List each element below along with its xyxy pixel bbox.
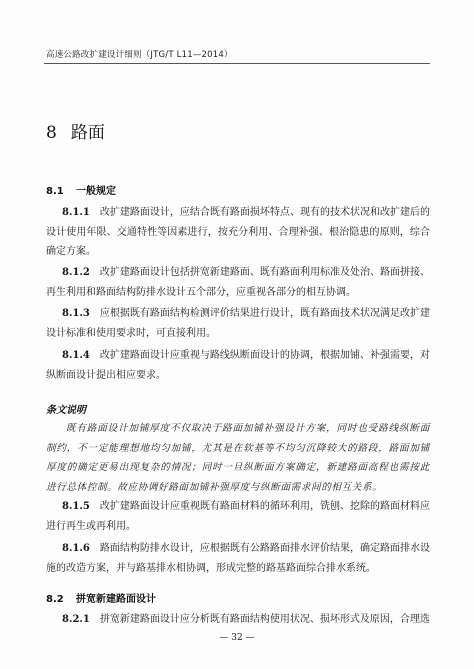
clause-8-1-4: 8.1.4改扩建路面设计应重视与路线纵断面设计的协调，根据加铺、补强需要，对纵断… (46, 346, 430, 385)
clause-text: 应根据既有路面结构检测评价结果进行设计，既有路面技术状况满足改扩建设计标准和使用… (46, 308, 430, 339)
chapter-number: 8 (46, 123, 57, 143)
explanation-heading: 条文说明 (46, 401, 86, 416)
clause-number: 8.1.2 (62, 267, 90, 278)
clause-number: 8.1.4 (62, 350, 90, 361)
chapter-name: 路面 (71, 123, 105, 143)
section-heading-8-1: 8.1一般规定 (46, 182, 116, 197)
header-rule (44, 63, 430, 64)
clause-8-2-1: 8.2.1拼宽新建路面设计应分析既有路面结构使用状况、损坏形式及原因，合理选 (46, 610, 430, 630)
clause-text: 改扩建路面设计应重视与路线纵断面设计的协调，根据加铺、补强需要，对纵断面设计提出… (46, 350, 430, 381)
chapter-title: 8路面 (46, 118, 105, 143)
clause-text: 拼宽新建路面设计应分析既有路面结构使用状况、损坏形式及原因，合理选 (100, 614, 430, 625)
clause-number: 8.1.3 (62, 308, 90, 319)
clause-8-1-2: 8.1.2改扩建路面设计包括拼宽新建路面、既有路面利用标准及处治、路面拼接、再生… (46, 263, 430, 302)
section-title: 一般规定 (76, 186, 116, 197)
clause-text: 改扩建路面设计包括拼宽新建路面、既有路面利用标准及处治、路面拼接、再生利用和路面… (46, 267, 430, 298)
document-page: 高速公路改扩建设计细则（JTG/T L11—2014） 8路面 8.1一般规定 … (0, 0, 474, 669)
clause-8-1-6: 8.1.6路面结构防排水设计，应根据既有公路路面排水评价结果，确定路面排水设施的… (46, 539, 430, 578)
section-title: 拼宽新建路面设计 (76, 594, 156, 605)
explanation-body: 既有路面设计加铺厚度不仅取决于路面加铺补强设计方案，同时也受路线纵断面制约，不一… (46, 419, 430, 497)
clause-number: 8.1.1 (62, 207, 90, 218)
clause-number: 8.1.5 (62, 501, 90, 512)
clause-8-1-1: 8.1.1改扩建路面设计，应结合既有路面损坏特点、现有的技术状况和改扩建后的设计… (46, 203, 430, 262)
clause-number: 8.1.6 (62, 543, 90, 554)
clause-text: 改扩建路面设计应重视既有路面材料的循环利用，铣刨、挖除的路面材料应进行再生或再利… (46, 501, 430, 532)
clause-8-1-5: 8.1.5改扩建路面设计应重视既有路面材料的循环利用，铣刨、挖除的路面材料应进行… (46, 497, 430, 536)
clause-text: 改扩建路面设计，应结合既有路面损坏特点、现有的技术状况和改扩建后的设计使用年限、… (46, 207, 430, 257)
clause-text: 路面结构防排水设计，应根据既有公路路面排水评价结果，确定路面排水设施的改造方案，… (46, 543, 430, 574)
section-number: 8.2 (46, 594, 76, 605)
clause-number: 8.2.1 (62, 614, 90, 625)
section-heading-8-2: 8.2拼宽新建路面设计 (46, 590, 156, 605)
clause-8-1-3: 8.1.3应根据既有路面结构检测评价结果进行设计，既有路面技术状况满足改扩建设计… (46, 304, 430, 343)
running-header: 高速公路改扩建设计细则（JTG/T L11—2014） (46, 48, 233, 60)
section-number: 8.1 (46, 186, 76, 197)
page-number: — 32 — (0, 633, 474, 643)
